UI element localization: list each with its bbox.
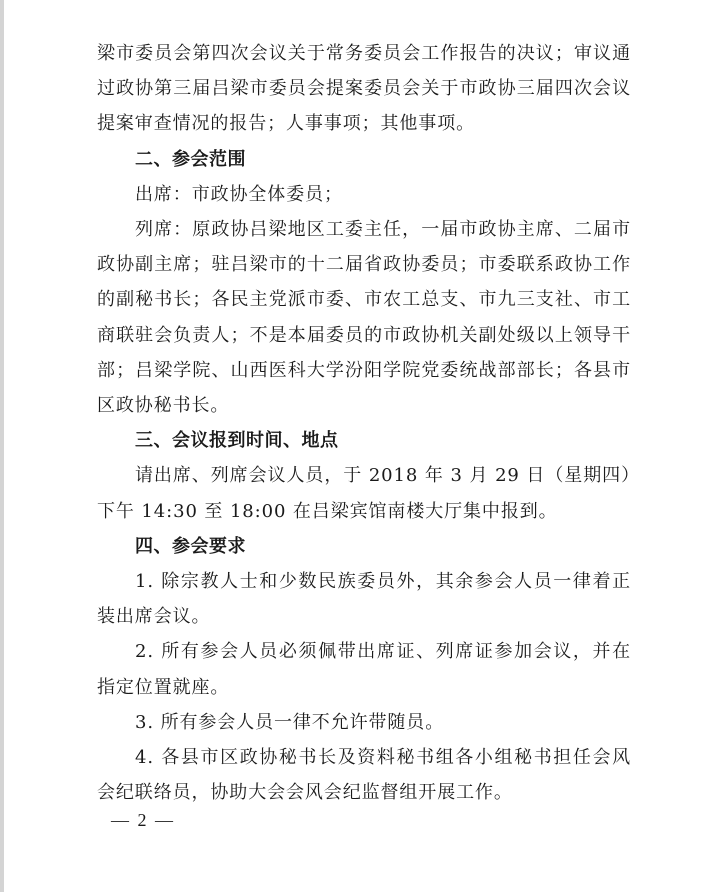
requirement-item-4: 4. 各县市区政协秘书长及资料秘书组各小组秘书担任会风会纪联络员，协助大会会风会… — [97, 740, 631, 810]
section-heading-requirements: 四、参会要求 — [97, 529, 631, 564]
page-number: — 2 — — [111, 810, 175, 831]
section-heading-attendance-scope: 二、参会范围 — [97, 142, 631, 177]
requirement-item-3: 3. 所有参会人员一律不允许带随员。 — [97, 705, 631, 740]
requirement-item-1: 1. 除宗教人士和少数民族委员外，其余参会人员一律着正装出席会议。 — [97, 564, 631, 634]
document-body: 梁市委员会第四次会议关于常务委员会工作报告的决议；审议通过政协第三届吕梁市委员会… — [97, 36, 631, 810]
document-page: 梁市委员会第四次会议关于常务委员会工作报告的决议；审议通过政协第三届吕梁市委员会… — [4, 0, 717, 892]
section-heading-registration: 三、会议报到时间、地点 — [97, 423, 631, 458]
paragraph-registration-time-place: 请出席、列席会议人员，于 2018 年 3 月 29 日（星期四）下午 14:3… — [97, 458, 631, 528]
paragraph-observers: 列席：原政协吕梁地区工委主任，一届市政协主席、二届市政协副主席；驻吕梁市的十二届… — [97, 212, 631, 423]
paragraph-attendees: 出席：市政协全体委员； — [97, 177, 631, 212]
paragraph-continuation: 梁市委员会第四次会议关于常务委员会工作报告的决议；审议通过政协第三届吕梁市委员会… — [97, 36, 631, 142]
requirement-item-2: 2. 所有参会人员必须佩带出席证、列席证参加会议，并在指定位置就座。 — [97, 634, 631, 704]
